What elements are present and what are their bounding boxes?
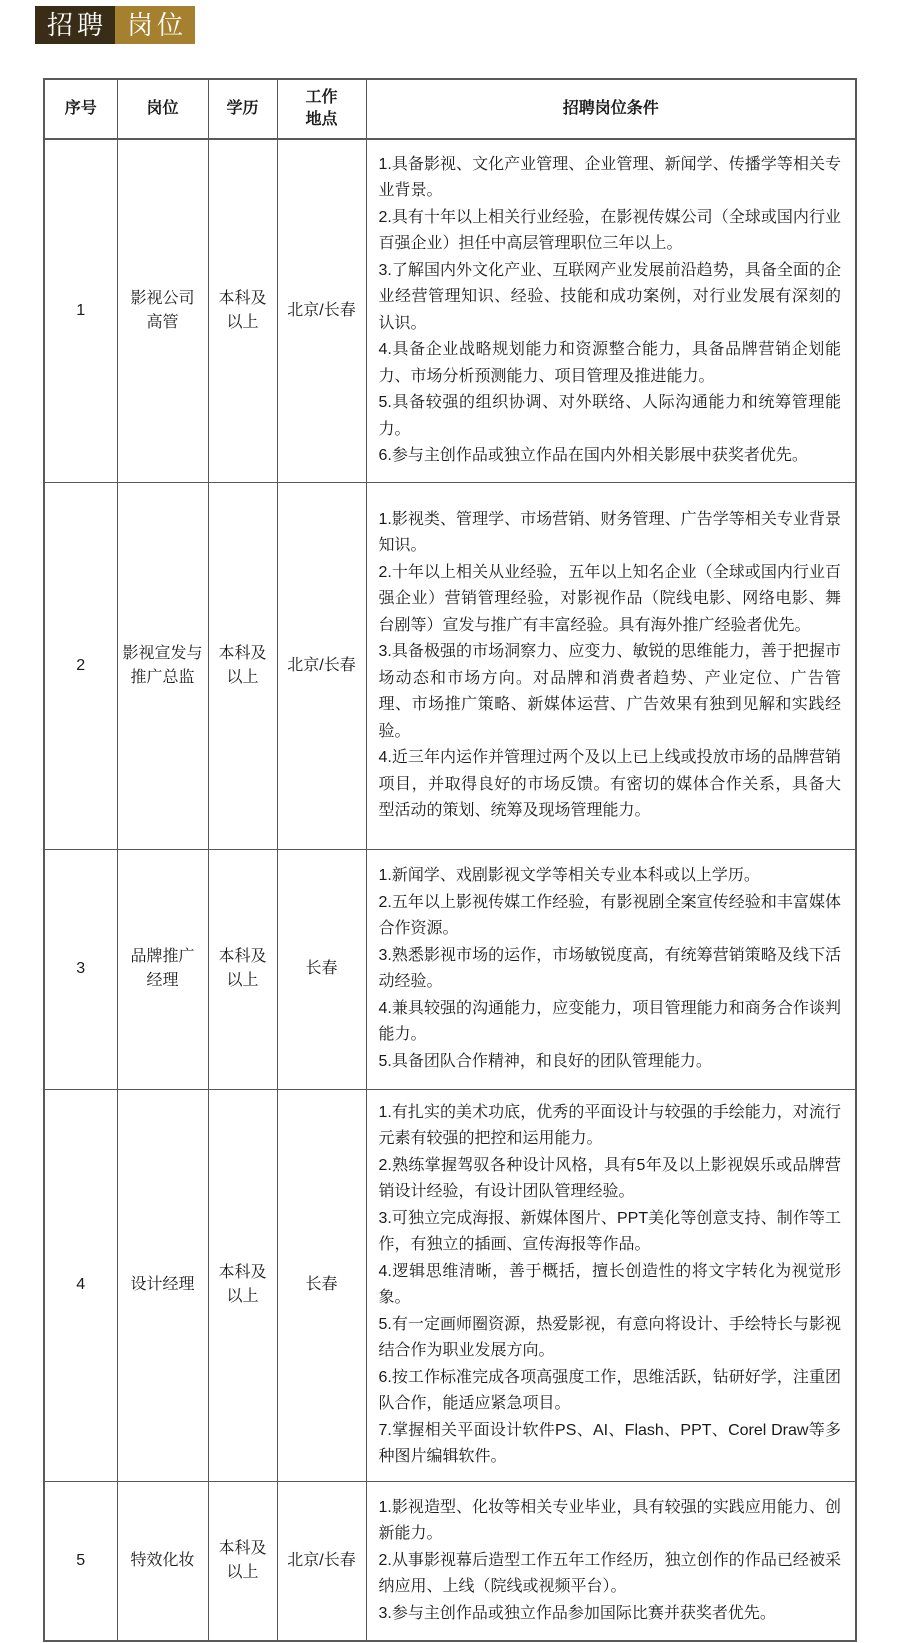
header-requirements: 招聘岗位条件 xyxy=(366,79,856,139)
requirements-cell: 1.有扎实的美术功底，优秀的平面设计与较强的手绘能力，对流行元素有较强的把控和运… xyxy=(366,1089,856,1481)
requirement-item: 3.了解国内外文化产业、互联网产业发展前沿趋势，具备全面的企业经营管理知识、经验… xyxy=(379,258,842,338)
location-cell: 北京/长春 xyxy=(277,139,366,482)
education-cell: 本科及 以上 xyxy=(208,849,277,1089)
requirement-item: 3.参与主创作品或独立作品参加国际比赛并获奖者优先。 xyxy=(379,1601,842,1628)
table-row: 3品牌推广 经理本科及 以上长春1.新闻学、戏剧影视文学等相关专业本科或以上学历… xyxy=(44,849,856,1089)
row-number-cell: 5 xyxy=(44,1481,117,1641)
header-education: 学历 xyxy=(208,79,277,139)
requirement-item: 4.兼具较强的沟通能力，应变能力，项目管理能力和商务合作谈判能力。 xyxy=(379,996,842,1049)
page-title: 招聘 岗位 xyxy=(35,6,195,44)
requirements-cell: 1.影视造型、化妆等相关专业毕业，具有较强的实践应用能力、创新能力。2.从事影视… xyxy=(366,1481,856,1641)
education-cell: 本科及 以上 xyxy=(208,482,277,849)
requirement-item: 1.新闻学、戏剧影视文学等相关专业本科或以上学历。 xyxy=(379,863,842,890)
table-row: 5特效化妆本科及 以上北京/长春1.影视造型、化妆等相关专业毕业，具有较强的实践… xyxy=(44,1481,856,1641)
requirements-cell: 1.影视类、管理学、市场营销、财务管理、广告学等相关专业背景知识。2.十年以上相… xyxy=(366,482,856,849)
table-body: 1影视公司 高管本科及 以上北京/长春1.具备影视、文化产业管理、企业管理、新闻… xyxy=(44,139,856,1641)
recruitment-table: 序号 岗位 学历 工作 地点 招聘岗位条件 1影视公司 高管本科及 以上北京/长… xyxy=(43,78,857,1642)
requirement-item: 4.逻辑思维清晰，善于概括，擅长创造性的将文字转化为视觉形象。 xyxy=(379,1259,842,1312)
position-cell: 设计经理 xyxy=(117,1089,208,1481)
page: 招聘 岗位 序号 岗位 学历 工作 地点 招聘岗位条件 1影视公司 高管本科及 … xyxy=(0,0,900,1643)
requirement-item: 6.参与主创作品或独立作品在国内外相关影展中获奖者优先。 xyxy=(379,443,842,470)
requirement-item: 5.具备团队合作精神，和良好的团队管理能力。 xyxy=(379,1049,842,1076)
requirement-item: 2.从事影视幕后造型工作五年工作经历，独立创作的作品已经被采纳应用、上线（院线或… xyxy=(379,1548,842,1601)
location-cell: 长春 xyxy=(277,1089,366,1481)
location-cell: 北京/长春 xyxy=(277,1481,366,1641)
requirement-item: 2.五年以上影视传媒工作经验，有影视剧全案宣传经验和丰富媒体合作资源。 xyxy=(379,890,842,943)
requirement-item: 4.近三年内运作并管理过两个及以上已上线或投放市场的品牌营销项目，并取得良好的市… xyxy=(379,745,842,825)
position-cell: 影视公司 高管 xyxy=(117,139,208,482)
requirements-cell: 1.新闻学、戏剧影视文学等相关专业本科或以上学历。2.五年以上影视传媒工作经验，… xyxy=(366,849,856,1089)
position-cell: 品牌推广 经理 xyxy=(117,849,208,1089)
requirement-item: 2.十年以上相关从业经验，五年以上知名企业（全球或国内行业百强企业）营销管理经验… xyxy=(379,560,842,640)
position-cell: 特效化妆 xyxy=(117,1481,208,1641)
requirement-item: 5.有一定画师圈资源，热爱影视，有意向将设计、手绘特长与影视结合作为职业发展方向… xyxy=(379,1312,842,1365)
table-row: 4设计经理本科及 以上长春1.有扎实的美术功底，优秀的平面设计与较强的手绘能力，… xyxy=(44,1089,856,1481)
requirement-item: 2.具有十年以上相关行业经验，在影视传媒公司（全球或国内行业百强企业）担任中高层… xyxy=(379,205,842,258)
position-cell: 影视宣发与 推广总监 xyxy=(117,482,208,849)
requirement-item: 2.熟练掌握驾驭各种设计风格，具有5年及以上影视娱乐或品牌营销设计经验，有设计团… xyxy=(379,1153,842,1206)
location-cell: 长春 xyxy=(277,849,366,1089)
location-cell: 北京/长春 xyxy=(277,482,366,849)
requirement-item: 1.影视造型、化妆等相关专业毕业，具有较强的实践应用能力、创新能力。 xyxy=(379,1495,842,1548)
row-number-cell: 3 xyxy=(44,849,117,1089)
education-cell: 本科及 以上 xyxy=(208,1481,277,1641)
table-row: 2影视宣发与 推广总监本科及 以上北京/长春1.影视类、管理学、市场营销、财务管… xyxy=(44,482,856,849)
requirements-cell: 1.具备影视、文化产业管理、企业管理、新闻学、传播学等相关专业背景。2.具有十年… xyxy=(366,139,856,482)
table-row: 1影视公司 高管本科及 以上北京/长春1.具备影视、文化产业管理、企业管理、新闻… xyxy=(44,139,856,482)
header-position: 岗位 xyxy=(117,79,208,139)
table-header: 序号 岗位 学历 工作 地点 招聘岗位条件 xyxy=(44,79,856,139)
page-title-part-positions: 岗位 xyxy=(115,6,195,44)
requirement-item: 1.有扎实的美术功底，优秀的平面设计与较强的手绘能力，对流行元素有较强的把控和运… xyxy=(379,1100,842,1153)
requirement-item: 3.熟悉影视市场的运作，市场敏锐度高，有统筹营销策略及线下活动经验。 xyxy=(379,943,842,996)
requirement-item: 7.掌握相关平面设计软件PS、AI、Flash、PPT、Corel Draw等多… xyxy=(379,1418,842,1471)
requirement-item: 1.影视类、管理学、市场营销、财务管理、广告学等相关专业背景知识。 xyxy=(379,507,842,560)
header-location: 工作 地点 xyxy=(277,79,366,139)
row-number-cell: 4 xyxy=(44,1089,117,1481)
requirement-item: 5.具备较强的组织协调、对外联络、人际沟通能力和统筹管理能力。 xyxy=(379,390,842,443)
row-number-cell: 2 xyxy=(44,482,117,849)
page-title-part-recruit: 招聘 xyxy=(35,6,115,44)
requirement-item: 1.具备影视、文化产业管理、企业管理、新闻学、传播学等相关专业背景。 xyxy=(379,152,842,205)
requirement-item: 4.具备企业战略规划能力和资源整合能力，具备品牌营销企划能力、市场分析预测能力、… xyxy=(379,337,842,390)
requirement-item: 3.具备极强的市场洞察力、应变力、敏锐的思维能力，善于把握市场动态和市场方向。对… xyxy=(379,639,842,745)
table-header-row: 序号 岗位 学历 工作 地点 招聘岗位条件 xyxy=(44,79,856,139)
education-cell: 本科及 以上 xyxy=(208,139,277,482)
requirement-item: 6.按工作标准完成各项高强度工作，思维活跃，钻研好学，注重团队合作，能适应紧急项… xyxy=(379,1365,842,1418)
header-number: 序号 xyxy=(44,79,117,139)
requirement-item: 3.可独立完成海报、新媒体图片、PPT美化等创意支持、制作等工作，有独立的插画、… xyxy=(379,1206,842,1259)
education-cell: 本科及 以上 xyxy=(208,1089,277,1481)
row-number-cell: 1 xyxy=(44,139,117,482)
